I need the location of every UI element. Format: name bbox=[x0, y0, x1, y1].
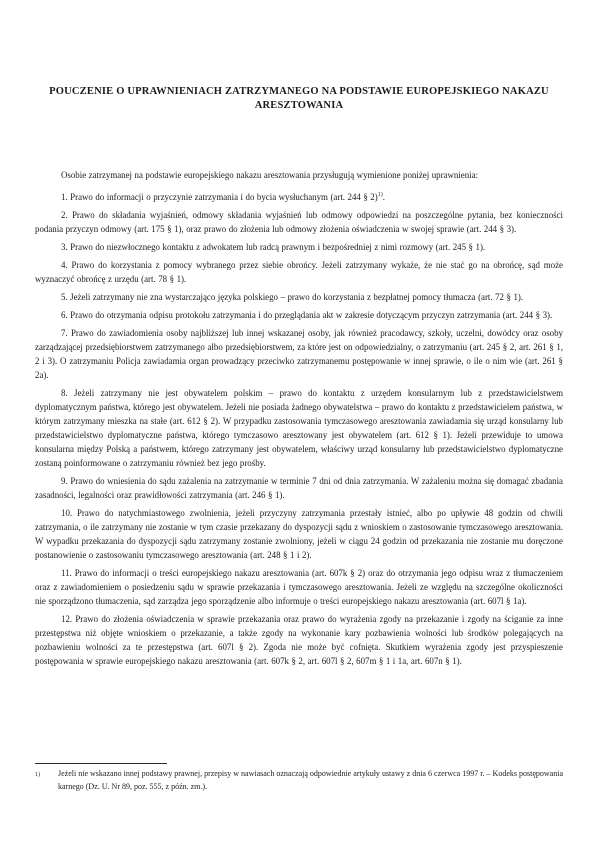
list-item-10: 10. Prawo do natychmiastowego zwolnienia… bbox=[35, 506, 563, 562]
footnote-text: Jeżeli nie wskazano innej podstawy prawn… bbox=[58, 768, 563, 793]
footnote: 1) Jeżeli nie wskazano innej podstawy pr… bbox=[35, 768, 563, 793]
paragraph-text: 1. Prawo do informacji o przyczynie zatr… bbox=[61, 192, 378, 202]
list-item-11: 11. Prawo do informacji o treści europej… bbox=[35, 566, 563, 608]
list-item-6: 6. Prawo do otrzymania odpisu protokołu … bbox=[35, 308, 563, 322]
footnote-divider bbox=[35, 763, 167, 764]
footnote-marker: 1) bbox=[35, 768, 58, 782]
footnote-section: 1) Jeżeli nie wskazano innej podstawy pr… bbox=[35, 763, 563, 793]
list-item-5: 5. Jeżeli zatrzymany nie zna wystarczają… bbox=[35, 290, 563, 304]
list-item-4: 4. Prawo do korzystania z pomocy wybrane… bbox=[35, 258, 563, 286]
list-item-8: 8. Jeżeli zatrzymany nie jest obywatelem… bbox=[35, 386, 563, 470]
paragraph-text-after: . bbox=[383, 192, 385, 202]
list-item-2: 2. Prawo do składania wyjaśnień, odmowy … bbox=[35, 208, 563, 236]
document-title: POUCZENIE O UPRAWNIENIACH ZATRZYMANEGO N… bbox=[35, 85, 563, 113]
document-page: POUCZENIE O UPRAWNIENIACH ZATRZYMANEGO N… bbox=[0, 0, 600, 849]
document-body: Osobie zatrzymanej na podstawie europejs… bbox=[35, 168, 563, 668]
list-item-1: 1. Prawo do informacji o przyczynie zatr… bbox=[35, 190, 563, 204]
list-item-9: 9. Prawo do wniesienia do sądu zażalenia… bbox=[35, 474, 563, 502]
list-item-12: 12. Prawo do złożenia oświadczenia w spr… bbox=[35, 612, 563, 668]
list-item-3: 3. Prawo do niezwłocznego kontaktu z adw… bbox=[35, 240, 563, 254]
list-item-7: 7. Prawo do zawiadomienia osoby najbliżs… bbox=[35, 326, 563, 382]
intro-paragraph: Osobie zatrzymanej na podstawie europejs… bbox=[35, 168, 563, 182]
